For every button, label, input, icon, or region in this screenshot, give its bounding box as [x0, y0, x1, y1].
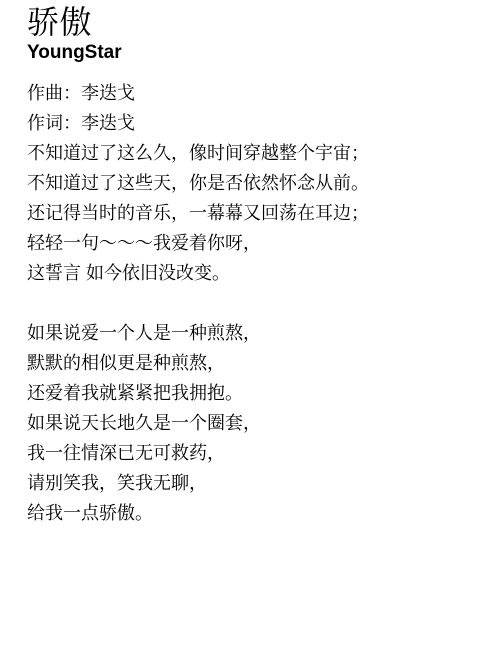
lyrics-line: 默默的相似更是种煎熬， — [27, 348, 480, 378]
composer-credit: 作曲：李迭戈 — [27, 78, 480, 108]
lyrics-line: 不知道过了这些天，你是否依然怀念从前。 — [27, 168, 480, 198]
lyrics-line: 请别笑我，笑我无聊， — [27, 468, 480, 498]
song-title: 骄傲 — [27, 4, 480, 40]
lyrics-line: 这誓言 如今依旧没改变。 — [27, 258, 480, 288]
lyrics-line: 如果说天长地久是一个圈套， — [27, 408, 480, 438]
lyrics-line: 我一往情深已无可救药， — [27, 438, 480, 468]
lyrics-body: 作曲：李迭戈 作词：李迭戈 不知道过了这么久，像时间穿越整个宇宙； 不知道过了这… — [27, 78, 480, 528]
lyrics-line: 如果说爱一个人是一种煎熬， — [27, 318, 480, 348]
lyrics-line: 还记得当时的音乐，一幕幕又回荡在耳边； — [27, 198, 480, 228]
lyrics-line: 给我一点骄傲。 — [27, 498, 480, 528]
stanza-break — [27, 288, 480, 318]
artist-name: YoungStar — [27, 40, 480, 66]
lyrics-line: 不知道过了这么久，像时间穿越整个宇宙； — [27, 138, 480, 168]
lyricist-credit: 作词：李迭戈 — [27, 108, 480, 138]
lyrics-line: 轻轻一句～～～我爱着你呀， — [27, 228, 480, 258]
lyrics-line: 还爱着我就紧紧把我拥抱。 — [27, 378, 480, 408]
lyrics-page: 骄傲 YoungStar 作曲：李迭戈 作词：李迭戈 不知道过了这么久，像时间穿… — [0, 0, 500, 528]
